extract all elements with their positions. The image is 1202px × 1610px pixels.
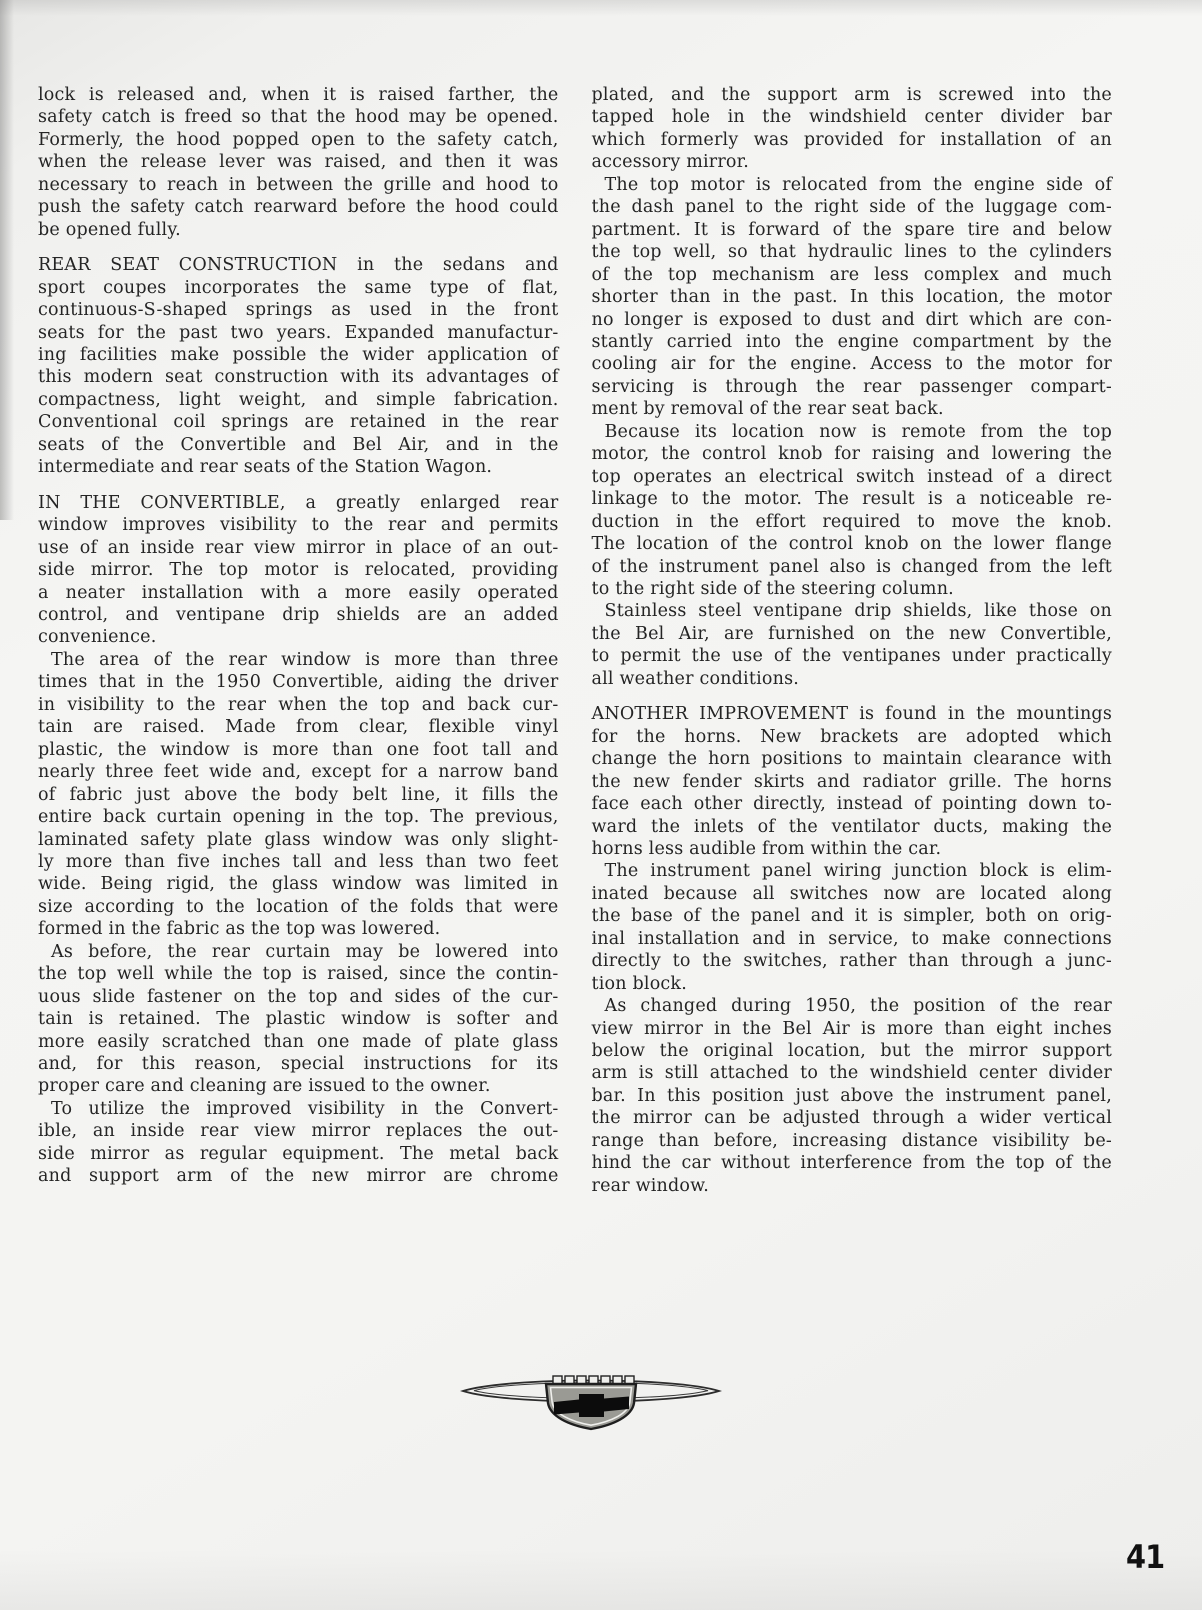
text-line: sport coupes incorporates the same type … bbox=[38, 277, 559, 299]
text-line: horns less audible from within the car. bbox=[592, 838, 1113, 860]
text-line: cooling air for the engine. Access to th… bbox=[592, 353, 1113, 375]
text-line: below the original location, but the mir… bbox=[592, 1040, 1113, 1062]
text-line: times that in the 1950 Convertible, aidi… bbox=[38, 671, 559, 693]
text-line: Stainless steel ventipane drip shields, … bbox=[592, 600, 1113, 622]
text-line: laminated safety plate glass window was … bbox=[38, 829, 559, 851]
text-line: uous slide fastener on the top and sides… bbox=[38, 986, 559, 1008]
text-line: arm is still attached to the windshield … bbox=[592, 1062, 1113, 1084]
paragraph: The top motor is relocated from the engi… bbox=[592, 174, 1113, 421]
text-line: duction in the effort required to move t… bbox=[592, 511, 1113, 533]
text-line: The area of the rear window is more than… bbox=[38, 649, 559, 671]
text-line: side mirror as regular equipment. The me… bbox=[38, 1143, 559, 1165]
text-line: safety catch is freed so that the hood m… bbox=[38, 106, 559, 128]
text-line: ing facilities make possible the wider a… bbox=[38, 344, 559, 366]
text-line: formed in the fabric as the top was lowe… bbox=[38, 918, 559, 940]
text-line: shorter than in the past. In this locati… bbox=[592, 286, 1113, 308]
text-line: necessary to reach in between the grille… bbox=[38, 174, 559, 196]
chevrolet-wing-crest-icon bbox=[460, 1368, 722, 1432]
paragraph: The area of the rear window is more than… bbox=[38, 649, 559, 941]
text-line: The location of the control knob on the … bbox=[592, 533, 1113, 555]
text-line: and, for this reason, special instructio… bbox=[38, 1053, 559, 1075]
text-line: inal installation and in service, to mak… bbox=[592, 928, 1113, 950]
text-line: The top motor is relocated from the engi… bbox=[592, 174, 1113, 196]
text-line: tion block. bbox=[592, 973, 1113, 995]
text-line: face each other directly, instead of poi… bbox=[592, 793, 1113, 815]
text-line: no longer is exposed to dust and dirt wh… bbox=[592, 309, 1113, 331]
text-line: of the top mechanism are less complex an… bbox=[592, 264, 1113, 286]
paragraph: lock is released and, when it is raised … bbox=[38, 84, 559, 241]
text-line: The instrument panel wiring junction blo… bbox=[592, 860, 1113, 882]
text-line: use of an inside rear view mirror in pla… bbox=[38, 537, 559, 559]
text-line: the Bel Air, are furnished on the new Co… bbox=[592, 623, 1113, 645]
right-column: plated, and the support arm is screwed i… bbox=[592, 84, 1113, 1197]
page-number: 41 bbox=[1126, 1538, 1164, 1576]
text-line: Conventional coil springs are retained i… bbox=[38, 411, 559, 433]
chevrolet-emblem bbox=[460, 1368, 722, 1432]
text-line: seats of the Convertible and Bel Air, an… bbox=[38, 434, 559, 456]
left-column: lock is released and, when it is raised … bbox=[38, 84, 559, 1197]
text-line: stantly carried into the engine compartm… bbox=[592, 331, 1113, 353]
text-line: plastic, the window is more than one foo… bbox=[38, 739, 559, 761]
text-line: the dash panel to the right side of the … bbox=[592, 196, 1113, 218]
text-line: a neater installation with a more easily… bbox=[38, 582, 559, 604]
document-page: lock is released and, when it is raised … bbox=[0, 0, 1202, 1610]
text-line: seats for the past two years. Expanded m… bbox=[38, 322, 559, 344]
text-line: rear window. bbox=[592, 1175, 1113, 1197]
text-line: intermediate and rear seats of the Stati… bbox=[38, 456, 559, 478]
text-line: in visibility to the rear when the top a… bbox=[38, 694, 559, 716]
text-line: As changed during 1950, the position of … bbox=[592, 995, 1113, 1017]
text-line: bar. In this position just above the ins… bbox=[592, 1085, 1113, 1107]
text-line: to permit the use of the ventipanes unde… bbox=[592, 645, 1113, 667]
text-line: be opened fully. bbox=[38, 219, 559, 241]
text-line: this modern seat construction with its a… bbox=[38, 366, 559, 388]
paragraph: To utilize the improved visibility in th… bbox=[38, 1098, 559, 1188]
text-line: the mirror can be adjusted through a wid… bbox=[592, 1107, 1113, 1129]
text-line: REAR SEAT CONSTRUCTION in the sedans and bbox=[38, 254, 559, 276]
text-line: tain are raised. Made from clear, flexib… bbox=[38, 716, 559, 738]
paragraph: Stainless steel ventipane drip shields, … bbox=[592, 600, 1113, 690]
text-line: Formerly, the hood popped open to the sa… bbox=[38, 129, 559, 151]
text-line: range than before, increasing distance v… bbox=[592, 1130, 1113, 1152]
text-line: the top well, so that hydraulic lines to… bbox=[592, 241, 1113, 263]
paragraph: IN THE CONVERTIBLE, a greatly enlarged r… bbox=[38, 492, 559, 649]
text-line: for the horns. New brackets are adopted … bbox=[592, 726, 1113, 748]
text-line: ward the inlets of the ventilator ducts,… bbox=[592, 816, 1113, 838]
paragraph: plated, and the support arm is screwed i… bbox=[592, 84, 1113, 174]
text-line: ANOTHER IMPROVEMENT is found in the moun… bbox=[592, 703, 1113, 725]
text-line: when the release lever was raised, and t… bbox=[38, 151, 559, 173]
text-line: ly more than five inches tall and less t… bbox=[38, 851, 559, 873]
paragraph: REAR SEAT CONSTRUCTION in the sedans and… bbox=[38, 254, 559, 479]
text-line: to the right side of the steering column… bbox=[592, 578, 1113, 600]
paragraph: Because its location now is remote from … bbox=[592, 421, 1113, 601]
text-line: nearly three feet wide and, except for a… bbox=[38, 761, 559, 783]
scan-shade-bottom bbox=[0, 1550, 1202, 1610]
paragraph: ANOTHER IMPROVEMENT is found in the moun… bbox=[592, 703, 1113, 860]
paragraph: As changed during 1950, the position of … bbox=[592, 995, 1113, 1197]
text-line: the top well while the top is raised, si… bbox=[38, 963, 559, 985]
text-line: linkage to the motor. The result is a no… bbox=[592, 488, 1113, 510]
text-line: Because its location now is remote from … bbox=[592, 421, 1113, 443]
text-line: convenience. bbox=[38, 626, 559, 648]
text-line: change the horn positions to maintain cl… bbox=[592, 748, 1113, 770]
text-line: ible, an inside rear view mirror replace… bbox=[38, 1120, 559, 1142]
text-line: control, and ventipane drip shields are … bbox=[38, 604, 559, 626]
text-line: plated, and the support arm is screwed i… bbox=[592, 84, 1113, 106]
text-line: push the safety catch rearward before th… bbox=[38, 196, 559, 218]
text-line: IN THE CONVERTIBLE, a greatly enlarged r… bbox=[38, 492, 559, 514]
text-line: of the instrument panel also is changed … bbox=[592, 556, 1113, 578]
text-line: tain is retained. The plastic window is … bbox=[38, 1008, 559, 1030]
text-line: view mirror in the Bel Air is more than … bbox=[592, 1018, 1113, 1040]
text-line: compactness, light weight, and simple fa… bbox=[38, 389, 559, 411]
text-line: accessory mirror. bbox=[592, 151, 1113, 173]
text-line: lock is released and, when it is raised … bbox=[38, 84, 559, 106]
text-line: ment by removal of the rear seat back. bbox=[592, 398, 1113, 420]
text-line: continuous-S-shaped springs as used in t… bbox=[38, 299, 559, 321]
text-line: which formerly was provided for installa… bbox=[592, 129, 1113, 151]
text-columns: lock is released and, when it is raised … bbox=[38, 84, 1112, 1197]
text-line: window improves visibility to the rear a… bbox=[38, 514, 559, 536]
scan-shade-top bbox=[0, 0, 1202, 16]
text-line: tapped hole in the windshield center div… bbox=[592, 106, 1113, 128]
text-line: the new fender skirts and radiator grill… bbox=[592, 771, 1113, 793]
text-line: hind the car without interference from t… bbox=[592, 1152, 1113, 1174]
text-line: the base of the panel and it is simpler,… bbox=[592, 905, 1113, 927]
text-line: size according to the location of the fo… bbox=[38, 896, 559, 918]
paragraph: The instrument panel wiring junction blo… bbox=[592, 860, 1113, 995]
scan-shade-left bbox=[0, 0, 14, 520]
text-line: directly to the switches, rather than th… bbox=[592, 950, 1113, 972]
text-line: wide. Being rigid, the glass window was … bbox=[38, 873, 559, 895]
text-line: more easily scratched than one made of p… bbox=[38, 1031, 559, 1053]
text-line: all weather conditions. bbox=[592, 668, 1113, 690]
text-line: entire back curtain opening in the top. … bbox=[38, 806, 559, 828]
text-line: side mirror. The top motor is relocated,… bbox=[38, 559, 559, 581]
text-line: servicing is through the rear passenger … bbox=[592, 376, 1113, 398]
paragraph: As before, the rear curtain may be lower… bbox=[38, 941, 559, 1098]
text-line: As before, the rear curtain may be lower… bbox=[38, 941, 559, 963]
text-line: partment. It is forward of the spare tir… bbox=[592, 219, 1113, 241]
text-line: top operates an electrical switch instea… bbox=[592, 466, 1113, 488]
text-line: and support arm of the new mirror are ch… bbox=[38, 1165, 559, 1187]
text-line: of fabric just above the body belt line,… bbox=[38, 784, 559, 806]
text-line: To utilize the improved visibility in th… bbox=[38, 1098, 559, 1120]
text-line: motor, the control knob for raising and … bbox=[592, 443, 1113, 465]
text-line: proper care and cleaning are issued to t… bbox=[38, 1075, 559, 1097]
text-line: inated because all switches now are loca… bbox=[592, 883, 1113, 905]
